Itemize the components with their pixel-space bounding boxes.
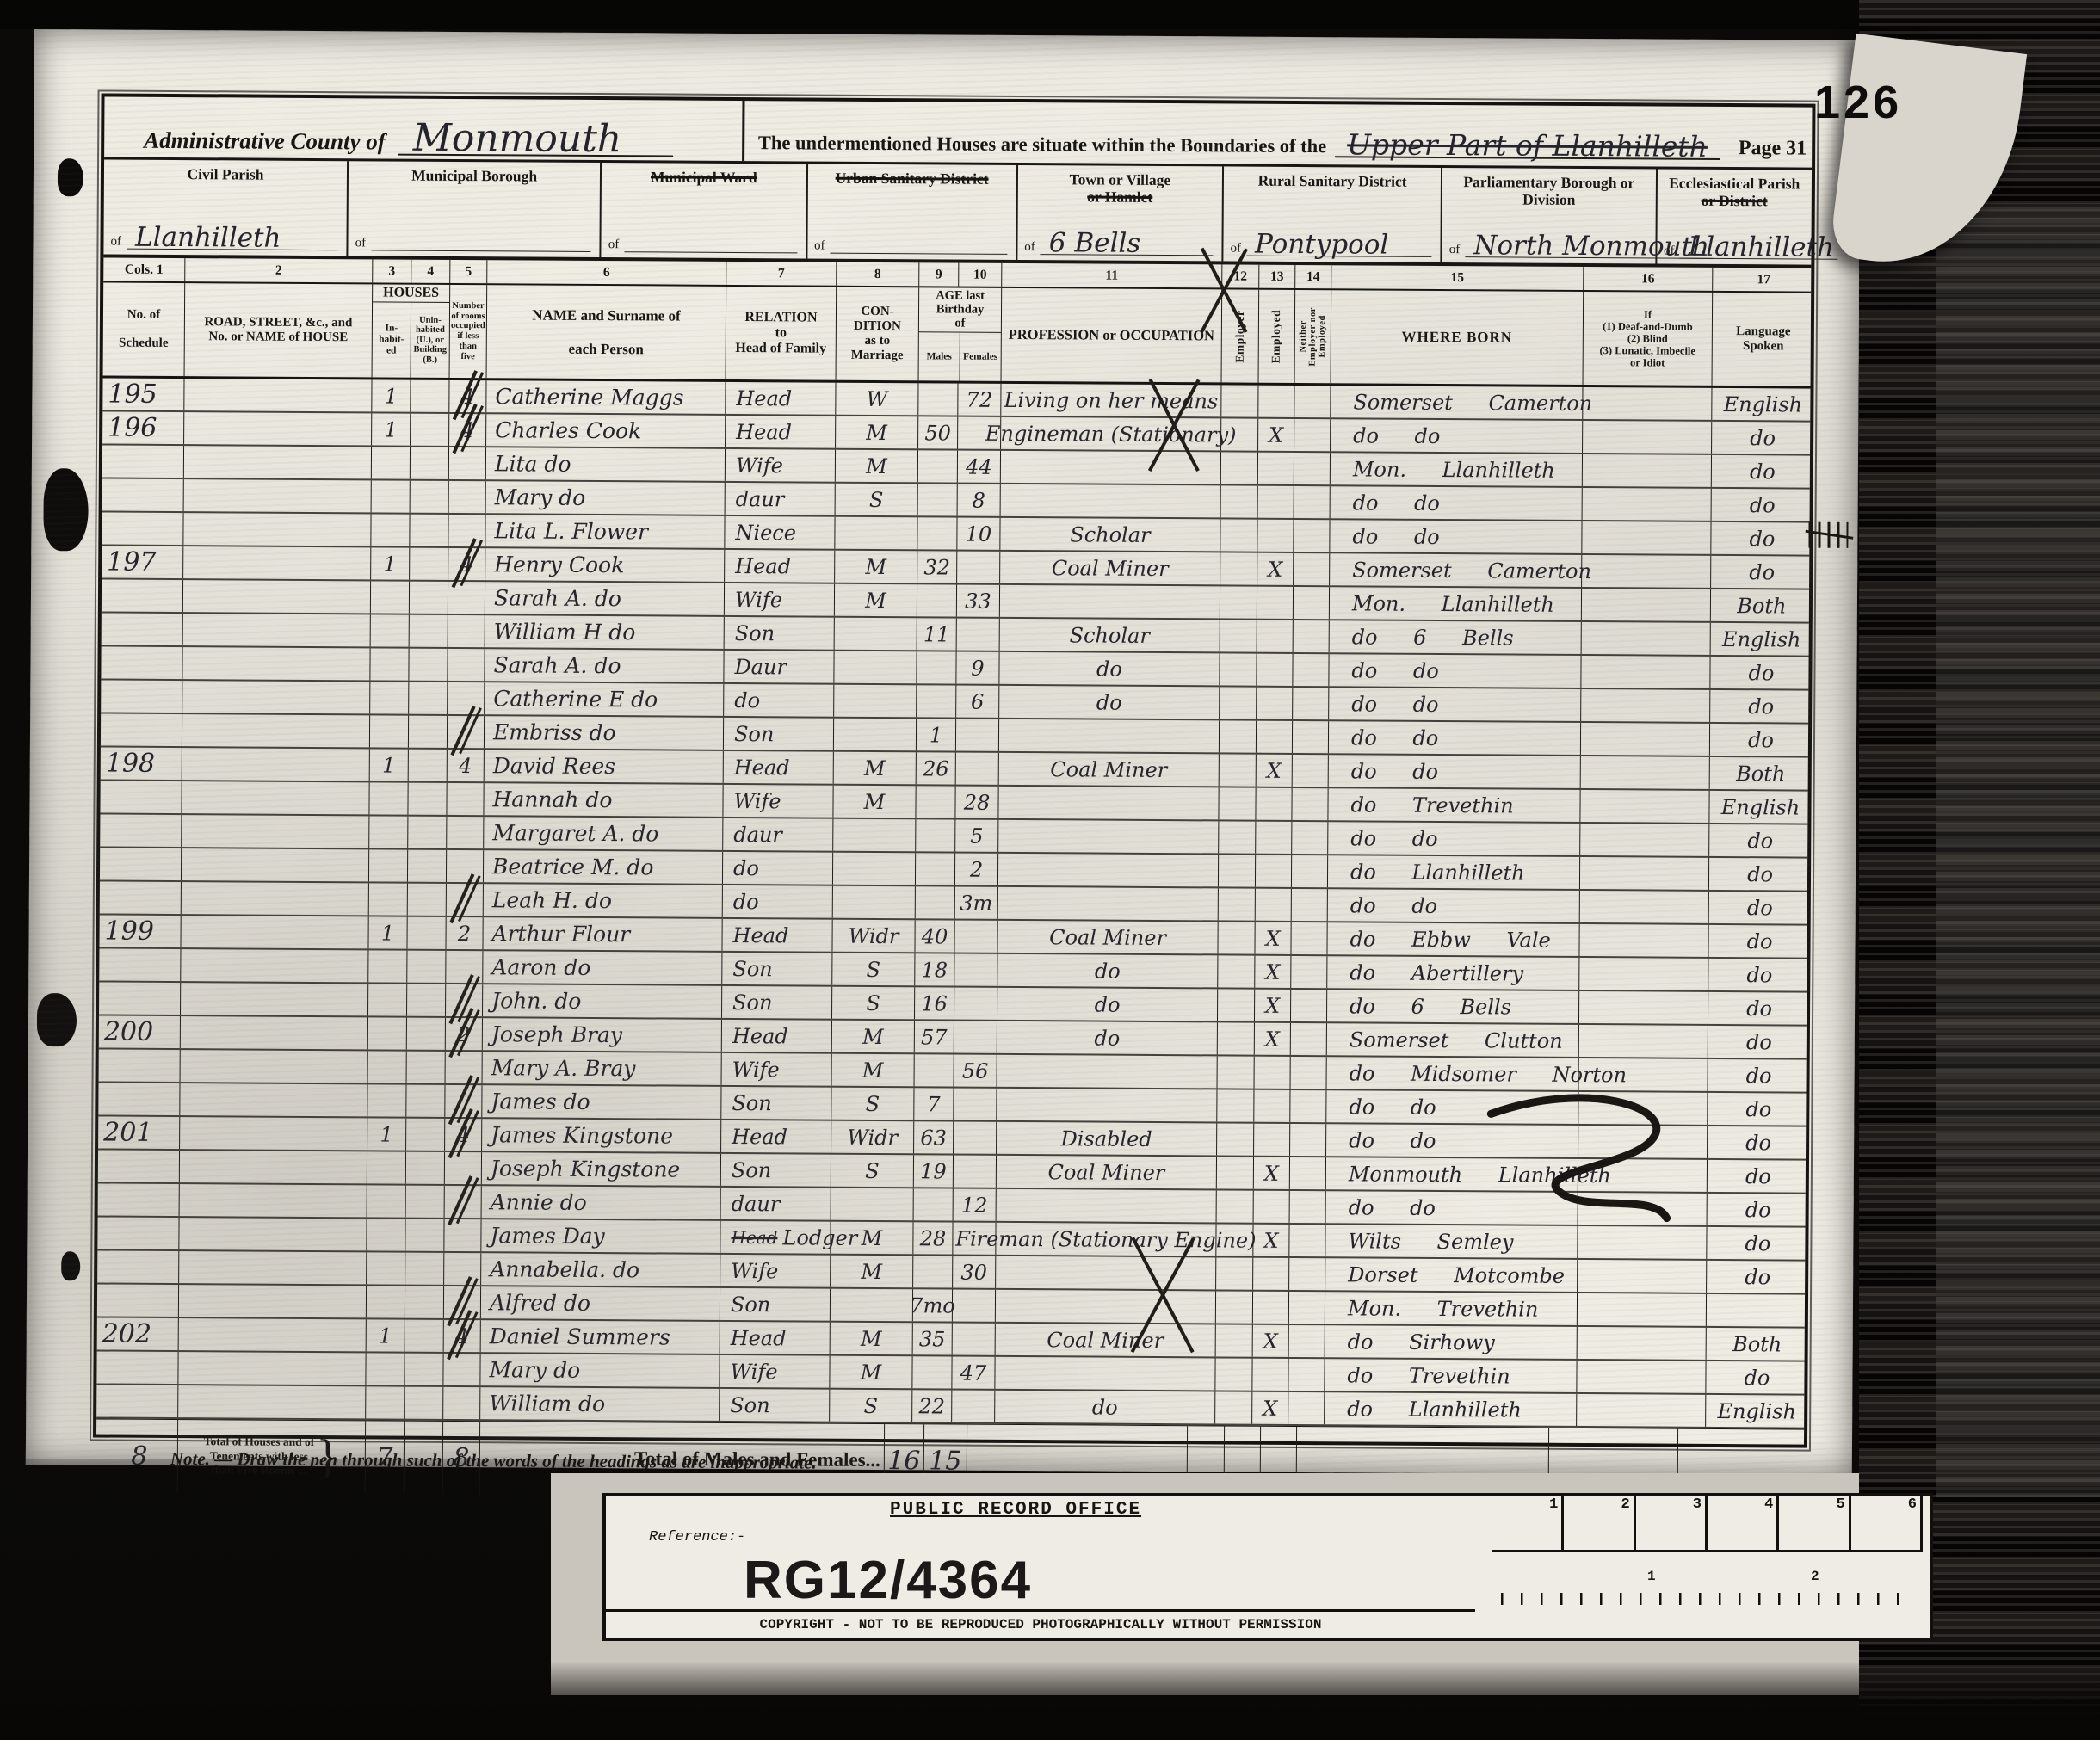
cell-born: do do	[1328, 889, 1580, 922]
cell-rooms	[448, 582, 485, 614]
cell-language: do	[1712, 489, 1813, 521]
cell-inhabited	[366, 1386, 405, 1418]
cell-infirmity	[1580, 790, 1709, 823]
cell-infirmity	[1577, 1361, 1706, 1393]
cell-age_f: 72	[958, 384, 1001, 416]
cell-uninhabited	[406, 1186, 445, 1218]
cell-road	[182, 781, 369, 814]
cell-language: do	[1709, 892, 1811, 924]
cell-employed: X	[1252, 1392, 1288, 1424]
cell-inhabited	[370, 682, 409, 713]
cell-language: do	[1708, 1194, 1809, 1226]
cell-occupation: do	[997, 988, 1218, 1021]
cell-employed: X	[1253, 1225, 1289, 1256]
ruler-inch-number: 5	[1779, 1496, 1850, 1550]
cell-neither	[1294, 419, 1331, 451]
cell-inhabited: 1	[372, 413, 411, 445]
cell-age_m: 50	[918, 416, 958, 448]
cell-age_f	[954, 1089, 997, 1120]
scan-top-band	[0, 0, 2100, 29]
cell-schedule	[97, 1217, 179, 1249]
cell-neither	[1294, 386, 1331, 417]
cell-schedule	[102, 613, 183, 645]
cell-employed	[1258, 453, 1294, 484]
cell-employer	[1218, 922, 1255, 953]
cell-neither	[1288, 1392, 1325, 1424]
cell-condition	[834, 651, 917, 684]
district-label: Town or Village or Hamlet	[1018, 170, 1223, 207]
cell-road	[181, 983, 368, 1015]
cell-inhabited: 1	[370, 749, 409, 781]
cell-age_m: 7mo	[913, 1289, 953, 1321]
pen-scrawl	[1481, 1088, 1689, 1235]
cell-neither	[1293, 654, 1329, 686]
cell-schedule	[100, 814, 182, 847]
cell-employed	[1256, 855, 1292, 887]
cell-condition: M	[831, 1323, 913, 1355]
header-inhabited: In- habit- ed	[373, 302, 412, 377]
cell-age_m: 63	[914, 1121, 954, 1153]
cell-uninhabited	[406, 1085, 445, 1117]
cell-uninhabited	[405, 1219, 444, 1251]
cell-born: do do	[1330, 520, 1582, 553]
cell-born: do Llanhilleth	[1325, 1392, 1577, 1426]
cell-condition: S	[830, 1390, 912, 1422]
district-box: Municipal Boroughof	[349, 161, 602, 257]
cell-road	[182, 748, 370, 781]
cell-age_f: 2	[955, 854, 998, 885]
cell-age_m	[916, 786, 955, 818]
cell-age_m	[916, 819, 955, 851]
cell-employer	[1218, 955, 1255, 987]
ink-blob	[61, 1251, 80, 1280]
ruler: 123456 1 2	[1492, 1496, 1923, 1638]
cell-age_f	[953, 1290, 996, 1322]
district-value	[624, 251, 797, 253]
cell-employer	[1216, 1324, 1253, 1356]
cell-age_f: 10	[957, 518, 1000, 550]
ink-blob	[37, 993, 77, 1046]
cell-neither	[1289, 1225, 1325, 1256]
cell-occupation	[1001, 484, 1221, 518]
cell-road	[180, 1117, 367, 1150]
cell-employed: X	[1254, 1157, 1290, 1189]
cell-born: do Trevethin	[1325, 1359, 1577, 1392]
header-road: ROAD, STREET, &c., and No. or NAME of HO…	[185, 283, 374, 377]
cell-age_f	[954, 954, 997, 986]
cell-condition: M	[830, 1356, 912, 1389]
cell-neither	[1288, 1359, 1325, 1391]
district-box: Ecclesiastical Parish or DistrictofLlanh…	[1657, 170, 1812, 265]
cell-road	[180, 1083, 367, 1116]
cell-schedule: 198	[101, 747, 182, 780]
cell-uninhabited	[406, 1119, 445, 1151]
column-number: 10	[959, 263, 1002, 287]
cell-condition: M	[832, 1021, 915, 1053]
cell-inhabited: 1	[368, 916, 407, 948]
cell-rooms: 4	[445, 1119, 482, 1151]
census-form: Administrative County of Monmouth The un…	[93, 93, 1816, 1447]
cell-rooms	[449, 481, 486, 513]
cell-relation: Son	[721, 1154, 831, 1187]
cell-relation: Head	[721, 1120, 831, 1153]
column-number: 15	[1331, 265, 1584, 290]
cell-occupation: do	[999, 652, 1220, 686]
cell-neither	[1291, 1023, 1327, 1055]
cell-age_m: 22	[912, 1390, 952, 1422]
cell-uninhabited	[411, 414, 449, 446]
cell-neither	[1292, 889, 1328, 921]
cell-employer	[1220, 720, 1257, 752]
cell-age_m: 16	[915, 987, 954, 1019]
cell-infirmity	[1580, 824, 1709, 856]
copyright-notice: COPYRIGHT - NOT TO BE REPRODUCED PHOTOGR…	[606, 1609, 1475, 1638]
cell-age_f	[954, 1156, 997, 1188]
cell-schedule	[97, 1284, 179, 1317]
cell-employer	[1216, 1257, 1253, 1289]
district-fields: Civil ParishofLlanhillethMunicipal Borou…	[103, 159, 1812, 268]
ruler-cm-2: 2	[1811, 1569, 1819, 1584]
cell-age_m	[917, 517, 957, 549]
cell-employed: X	[1255, 922, 1291, 954]
cell-uninhabited	[410, 615, 448, 647]
cell-infirmity	[1578, 1293, 1707, 1326]
cell-age_f: 12	[954, 1189, 997, 1221]
cell-neither	[1291, 990, 1327, 1021]
cell-condition: M	[832, 1054, 915, 1087]
cell-employed: X	[1258, 419, 1294, 451]
cell-infirmity	[1579, 1025, 1708, 1058]
ruler-cm-1: 1	[1647, 1569, 1656, 1584]
column-number: 4	[411, 260, 450, 283]
cell-employed	[1254, 1090, 1290, 1122]
pro-office-title: PUBLIC RECORD OFFICE	[890, 1500, 1141, 1520]
cell-age_f	[957, 552, 1000, 583]
cell-language: Both	[1710, 757, 1812, 790]
cell-road	[183, 580, 371, 613]
cell-employer	[1217, 1123, 1254, 1155]
cell-relation: Head	[724, 751, 834, 784]
cell-born: do do	[1329, 654, 1581, 688]
cell-relation: HeadLodger	[720, 1221, 831, 1254]
cell-neither	[1290, 1157, 1326, 1189]
of-label: of	[814, 239, 825, 254]
cell-age_f	[953, 1324, 996, 1355]
cell-condition: W	[836, 383, 918, 416]
cell-employer	[1219, 787, 1256, 819]
cell-employer	[1219, 855, 1256, 886]
cell-infirmity	[1578, 1260, 1707, 1293]
cell-uninhabited	[411, 380, 449, 412]
header-houses-title: HOUSES	[373, 284, 449, 302]
cell-road	[183, 614, 371, 646]
column-number: Cols. 1	[103, 257, 185, 281]
census-rows: 19514Catherine MaggsHeadW72Living on her…	[96, 378, 1810, 1428]
cell-inhabited: 1	[367, 1118, 406, 1150]
cell-employed: X	[1253, 1325, 1289, 1357]
cell-inhabited	[371, 581, 410, 613]
cell-uninhabited	[411, 481, 449, 513]
cell-language: do	[1708, 1059, 1809, 1092]
cell-rooms: 2	[446, 917, 483, 949]
cell-employer	[1217, 1157, 1254, 1188]
cell-condition: S	[836, 484, 918, 516]
cell-inhabited	[369, 883, 408, 915]
cell-infirmity	[1579, 924, 1708, 957]
cell-relation: Wife	[722, 1053, 832, 1086]
cell-age_m	[913, 1256, 953, 1287]
cell-schedule	[99, 982, 181, 1015]
cell-condition: M	[836, 416, 918, 449]
cell-age_f: 9	[956, 652, 999, 684]
cell-inhabited	[369, 816, 408, 848]
header-schedule: No. of Schedule	[103, 282, 186, 376]
district-label: Municipal Ward	[602, 168, 806, 187]
cell-inhabited	[371, 514, 410, 546]
cell-condition	[834, 685, 917, 718]
cell-language: English	[1711, 623, 1813, 656]
cell-relation: Son	[720, 1288, 831, 1321]
reference-label: Reference:-	[649, 1529, 745, 1546]
cell-language: Both	[1707, 1328, 1808, 1361]
cell-relation: daur	[721, 1188, 831, 1220]
cell-age_m: 26	[917, 752, 956, 784]
header-neither-label: Neither Employer nor Employed	[1299, 307, 1327, 367]
cell-occupation: Coal Miner	[997, 921, 1218, 954]
cell-uninhabited	[405, 1354, 443, 1385]
ruler-cm-scale: 1 2	[1501, 1553, 1905, 1605]
cell-road	[184, 446, 372, 478]
check-cross-mark	[1124, 1231, 1199, 1361]
cell-age_m: 1	[917, 719, 956, 750]
cell-name: Henry Cook	[485, 548, 725, 582]
cell-occupation	[998, 887, 1219, 921]
column-number: 3	[373, 259, 411, 282]
district-value: Llanhilleth	[127, 227, 338, 250]
cell-born: Somerset Clutton	[1327, 1023, 1579, 1057]
cell-employer	[1220, 653, 1257, 685]
cell-occupation: Coal Miner	[1000, 552, 1220, 585]
cell-relation: Wife	[725, 583, 835, 616]
cell-relation: Head	[722, 1020, 832, 1052]
cell-relation: Wife	[723, 785, 833, 818]
cell-name: Hannah do	[484, 783, 723, 817]
cell-rooms	[447, 783, 484, 815]
district-value: Llanhilleth	[1679, 237, 1837, 260]
cell-age_m	[918, 484, 958, 515]
header-males: Males	[919, 332, 960, 381]
cell-inhabited	[370, 648, 409, 680]
cell-neither	[1294, 486, 1331, 518]
cell-language: do	[1707, 1261, 1808, 1293]
cell-inhabited	[367, 1286, 405, 1317]
cell-schedule	[98, 1083, 180, 1115]
cell-relation: daur	[726, 483, 836, 515]
cell-road	[179, 1318, 367, 1351]
cell-infirmity	[1580, 891, 1709, 923]
cell-infirmity	[1582, 521, 1711, 554]
cell-occupation: Coal Miner	[997, 1156, 1217, 1189]
boundary-statement: The undermentioned Houses are situate wi…	[744, 130, 1812, 168]
cell-rooms: 4	[444, 1320, 481, 1352]
cell-relation: daur	[723, 818, 833, 851]
reference-number: RG12/4364	[744, 1550, 1032, 1611]
cell-language: do	[1708, 1126, 1809, 1159]
cell-born: do 6 Bells	[1330, 620, 1582, 654]
cell-uninhabited	[409, 682, 448, 714]
cell-occupation: do	[997, 1021, 1218, 1055]
cell-neither	[1293, 688, 1329, 719]
cell-road	[181, 1050, 368, 1083]
cell-infirmity	[1582, 555, 1711, 588]
district-label: Parliamentary Borough or Division	[1442, 173, 1655, 209]
header-females: Females	[960, 332, 1001, 381]
cell-name: Arthur Flour	[483, 917, 722, 951]
of-label: of	[355, 236, 367, 250]
cell-schedule	[98, 1183, 180, 1216]
cell-name: James Kingstone	[482, 1119, 721, 1152]
cell-relation: Head	[725, 550, 835, 583]
cell-employed	[1252, 1359, 1288, 1391]
cell-occupation	[1000, 585, 1220, 619]
cell-age_m	[918, 383, 958, 415]
cell-relation: Head	[720, 1322, 831, 1354]
cell-neither	[1289, 1292, 1325, 1324]
cell-name: Beatrice M. do	[484, 850, 723, 884]
cell-relation: Son	[721, 1087, 831, 1120]
admin-county-label: Administrative County of	[144, 127, 386, 156]
cell-age_m	[915, 1054, 954, 1086]
cell-born: do Midsomer Norton	[1327, 1057, 1579, 1090]
cell-neither	[1293, 755, 1329, 787]
cell-rooms	[448, 716, 485, 748]
cell-uninhabited	[408, 850, 447, 882]
cell-relation: Son	[724, 718, 834, 750]
cell-neither	[1293, 721, 1329, 753]
cell-age_m: 28	[913, 1222, 953, 1254]
header-infirmity: If (1) Deaf-and-Dumb (2) Blind (3) Lunat…	[1584, 292, 1714, 386]
cell-age_m: 32	[917, 551, 957, 583]
cell-road	[182, 882, 369, 915]
cell-age_m: 19	[914, 1155, 954, 1187]
cell-name: Joseph Kingstone	[482, 1152, 721, 1186]
cell-uninhabited	[411, 447, 449, 479]
cell-schedule: 199	[99, 915, 181, 947]
column-number: 17	[1713, 268, 1814, 292]
cell-relation: Daur	[724, 651, 834, 683]
cell-uninhabited	[407, 917, 446, 949]
scan-bottom-fade	[0, 1661, 2100, 1740]
cell-road	[181, 949, 368, 982]
cell-employer	[1221, 385, 1258, 416]
cell-born: do Llanhilleth	[1328, 855, 1580, 889]
cell-name: Lita L. Flower	[485, 515, 725, 548]
cell-name: Annabella. do	[481, 1253, 720, 1286]
cell-occupation: do	[995, 1391, 1215, 1424]
district-label: Municipal Borough	[349, 166, 600, 185]
cell-employed	[1254, 1191, 1290, 1223]
cell-age_f: 44	[958, 451, 1001, 483]
cell-employer	[1220, 754, 1257, 786]
cell-language: English	[1712, 388, 1813, 421]
cell-neither	[1289, 1258, 1325, 1290]
cell-schedule: 200	[99, 1015, 181, 1048]
form-header-row: Administrative County of Monmouth The un…	[104, 96, 1812, 170]
cell-relation: Son	[722, 986, 832, 1019]
cell-infirmity	[1581, 723, 1710, 756]
cell-born: do Ebbw Vale	[1327, 922, 1579, 956]
of-label: of	[110, 235, 121, 250]
cell-road	[182, 815, 369, 848]
cell-language: do	[1708, 992, 1810, 1025]
cell-occupation: do	[997, 954, 1218, 988]
cell-language: do	[1707, 1227, 1808, 1260]
column-number: 5	[450, 260, 487, 283]
cell-inhabited	[372, 480, 411, 512]
cell-road	[178, 1352, 366, 1385]
cell-language: do	[1708, 1160, 1809, 1193]
admin-county-box: Administrative County of Monmouth	[104, 96, 744, 161]
cell-schedule	[101, 646, 182, 679]
cell-name: Daniel Summers	[481, 1320, 720, 1354]
cell-employed	[1255, 1057, 1291, 1089]
cell-schedule	[100, 781, 182, 813]
cell-uninhabited	[409, 750, 448, 781]
cell-road	[178, 1385, 366, 1418]
cell-age_f: 30	[953, 1256, 996, 1288]
cell-infirmity	[1579, 1058, 1708, 1091]
ink-blob	[43, 468, 89, 551]
cell-name: James do	[482, 1085, 721, 1119]
cell-born: do Trevethin	[1328, 788, 1580, 822]
cell-neither	[1290, 1191, 1326, 1223]
cell-rooms	[447, 817, 484, 848]
cell-language: Both	[1711, 589, 1813, 622]
cell-inhabited	[367, 1252, 405, 1284]
cell-occupation	[999, 719, 1220, 753]
cell-name: Joseph Bray	[483, 1018, 722, 1052]
cell-language: do	[1710, 657, 1812, 689]
cell-age_f: 3m	[955, 887, 998, 919]
cell-name: Mary A. Bray	[483, 1052, 722, 1085]
cell-age_m	[917, 584, 957, 616]
cell-neither	[1290, 1090, 1326, 1122]
cell-uninhabited	[408, 783, 447, 815]
cell-condition: M	[836, 450, 918, 483]
cell-condition: M	[834, 752, 917, 785]
cell-age_f	[952, 1391, 995, 1422]
cell-born: Mon. Llanhilleth	[1330, 587, 1582, 620]
cell-inhabited	[367, 1084, 406, 1116]
cell-condition: Widr	[831, 1121, 914, 1154]
district-value	[371, 250, 591, 252]
cell-employer	[1215, 1358, 1252, 1390]
cell-age_m: 11	[917, 618, 957, 650]
cell-name: John. do	[483, 984, 722, 1018]
scan-right-streaks	[1936, 207, 2100, 1497]
cell-road	[183, 546, 371, 579]
cell-born: Somerset Camerton	[1330, 553, 1582, 587]
district-box: Urban Sanitary Districtof	[807, 164, 1018, 259]
cell-schedule	[101, 680, 182, 713]
cell-employed	[1258, 386, 1294, 417]
district-box: Civil ParishofLlanhilleth	[103, 159, 349, 256]
cell-employer	[1220, 687, 1257, 719]
of-label: of	[608, 238, 620, 252]
cell-age_m	[916, 886, 955, 918]
cell-road	[180, 1151, 367, 1183]
cell-schedule	[96, 1351, 178, 1384]
